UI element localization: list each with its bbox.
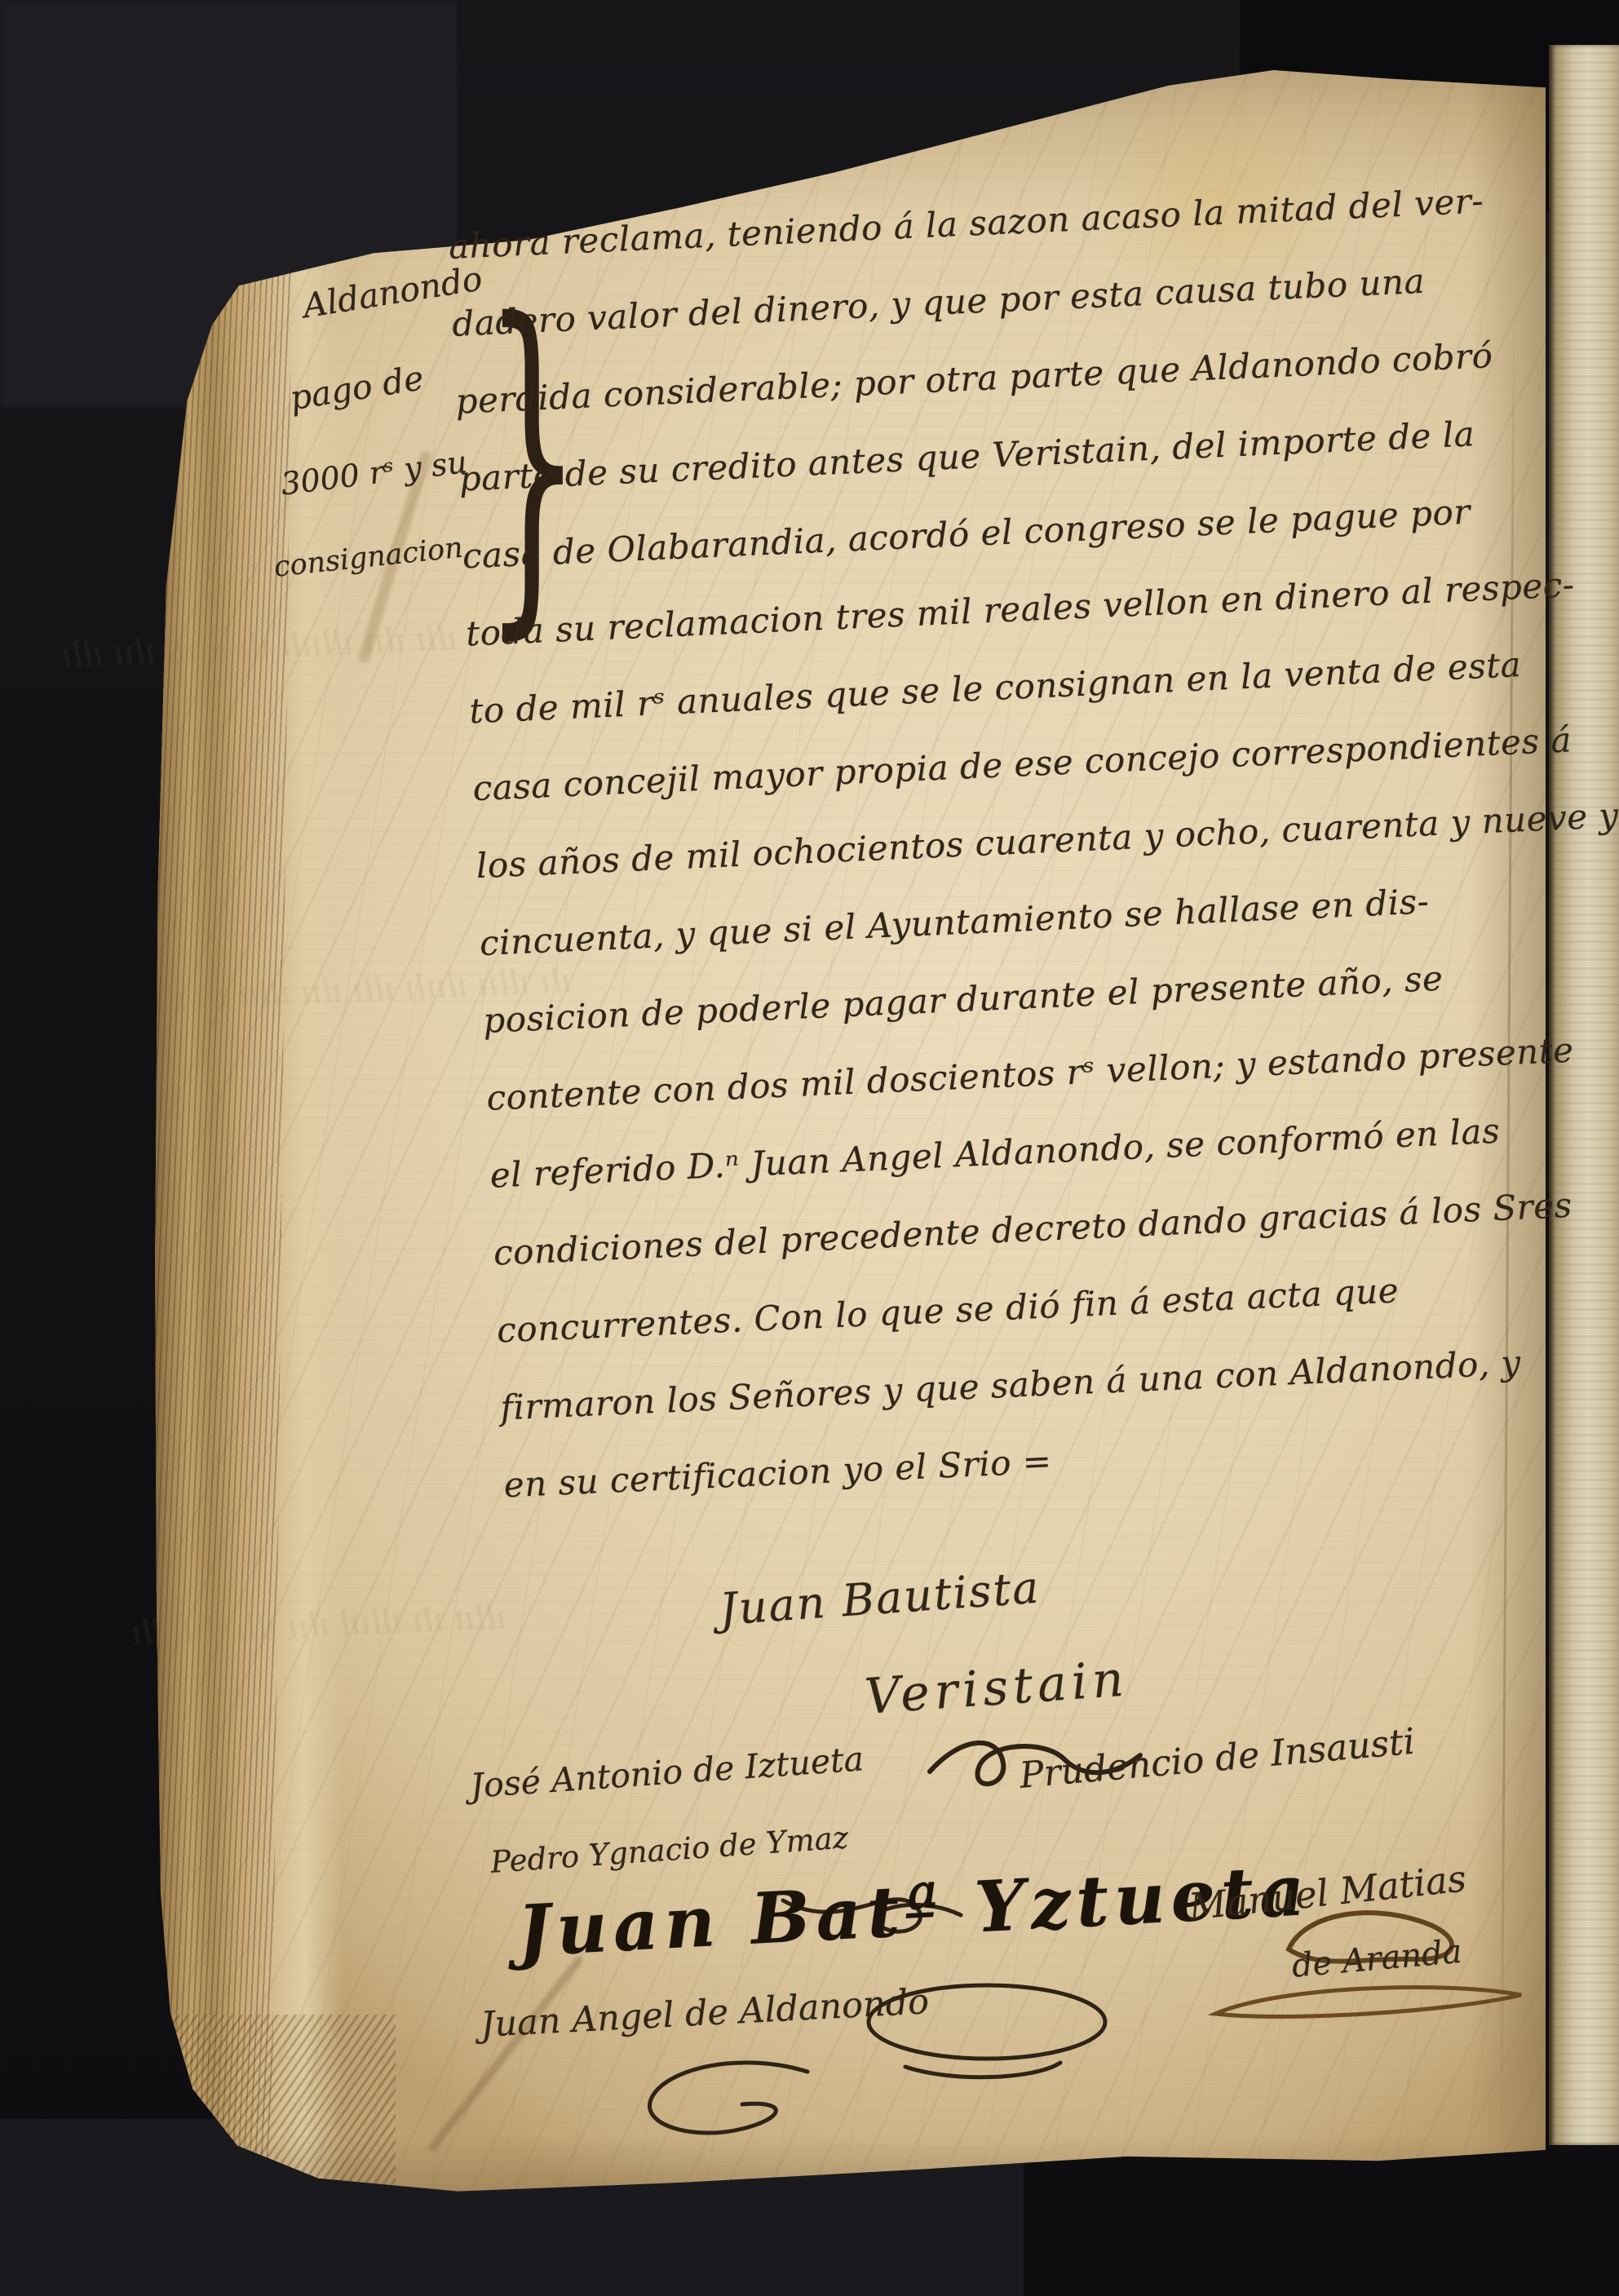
aldanondo-underflourish-icon (620, 2055, 832, 2145)
aldanondo-rubric-icon (856, 1977, 1117, 2083)
manuscript-text-block: ahora reclama, teniendo á la sazon acaso… (447, 158, 1619, 1524)
aranda-rubric-icon (1207, 1977, 1533, 2026)
